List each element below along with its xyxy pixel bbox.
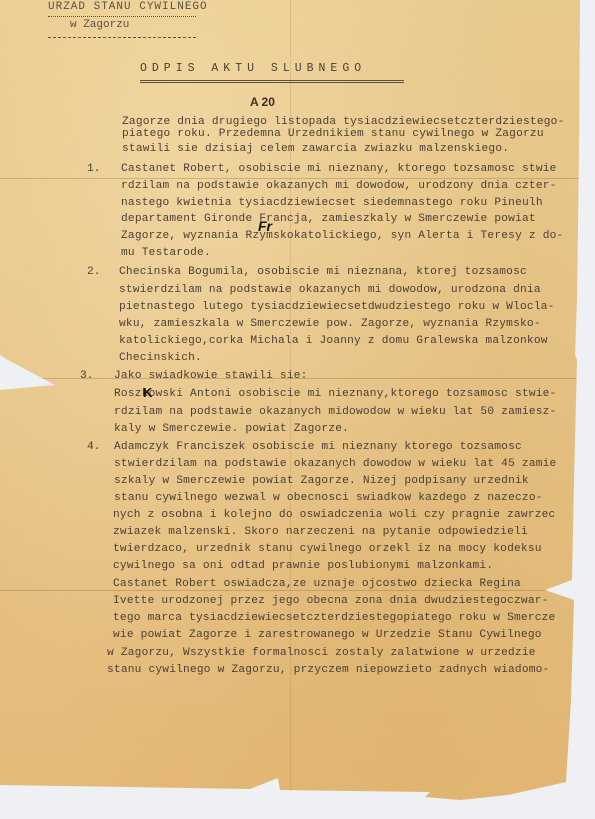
section-4-line: w Zagorzu, Wszystkie formalnosci zostaly… <box>107 647 536 659</box>
document-title: ODPIS AKTU SLUBNEGO <box>140 62 366 75</box>
section-4-line: Castanet Robert oswiadcza,ze uznaje ojco… <box>113 578 521 590</box>
intro-line: stawili sie dzisiaj celem zawarcia zwiaz… <box>122 143 509 155</box>
section-1-line: departament Gironde Francja, zamieszkaly… <box>121 213 536 225</box>
handwritten-mark: K <box>143 385 152 400</box>
title-double-rule <box>140 80 404 83</box>
section-4-line: twierdzaco, urzednik stanu cywilnego orz… <box>113 543 542 555</box>
section-2-line: Checinskich. <box>119 352 202 364</box>
section-1-line: Castanet Robert, osobiscie mi nieznany, … <box>121 163 557 175</box>
section-number: 3. <box>80 370 93 382</box>
section-4-line: stanu cywilnego wezwal w obecnosci swiad… <box>114 492 543 504</box>
intro-line: Zagorze dnia drugiego listopada tysiacdz… <box>122 116 564 128</box>
intro-line: piatego roku. Przedemna Urzednikiem stan… <box>122 128 544 140</box>
section-2-line: wku, zamieszkala w Smerczewie pow. Zagor… <box>119 318 541 330</box>
section-4-line: cywilnego sa oni odtad prawnie poslubion… <box>113 560 493 572</box>
header-dotted-rule <box>48 16 196 17</box>
office-header-line-2: w Zagorzu <box>70 19 129 31</box>
fold-crease <box>0 590 575 591</box>
section-4-line: Ivette urodzonej przez jego obecna zona … <box>113 595 549 607</box>
section-number: 4. <box>87 441 100 453</box>
document-page: URZAD STANU CYWILNEGO w Zagorzu ODPIS AK… <box>0 0 595 819</box>
section-1-line: mu Testarode. <box>121 247 211 259</box>
section-1-line: nastego kwietnia tysiacdziewiecset siede… <box>121 197 543 209</box>
office-header-line-1: URZAD STANU CYWILNEGO <box>48 1 208 13</box>
act-number: A 20 <box>250 95 275 109</box>
section-3-line: Jako swiadkowie stawili sie: <box>114 370 308 382</box>
section-number: 1. <box>87 163 100 175</box>
section-4-line: zwiazek malzenski. Skoro narzeczeni na p… <box>113 526 528 538</box>
section-4-line: wie powiat Zagorze i zarestrowanego w Ur… <box>113 629 542 641</box>
section-4-line: Adamczyk Franciszek osobiscie mi nieznan… <box>114 441 522 453</box>
section-4-line: tego marca tysiacdziewiecsetczterdzieste… <box>113 612 555 624</box>
section-2-line: stwierdzilam na podstawie okazanych mi d… <box>119 284 541 296</box>
section-2-line: Checinska Bogumila, osobiscie mi nieznan… <box>119 266 527 278</box>
section-1-line: rdzilam na podstawie okazanych mi dowodo… <box>121 180 557 192</box>
handwritten-mark: Fr <box>258 218 272 234</box>
section-3-line: kaly w Smerczewie. powiat Zagorze. <box>114 423 349 435</box>
section-4-line: szkaly w Smerczewie powiat Zagorze. Nize… <box>114 475 529 487</box>
section-3-line: Roszkowski Antoni osobiscie mi nieznany,… <box>114 388 556 400</box>
section-4-line: stwierdzilam na podstawie okazanych dowo… <box>114 458 556 470</box>
section-2-line: katolickiego,corka Michala i Joanny z do… <box>119 335 548 347</box>
section-1-line: Zagorze, wyznania Rzymskokatolickiego, s… <box>121 230 563 242</box>
section-3-line: rdzilam na podstawie okazanych midowodow… <box>114 406 556 418</box>
header-dashed-rule <box>48 37 196 38</box>
section-4-line: nych z osobna i kolejno do oswiadczenia … <box>113 509 555 521</box>
section-2-line: pietnastego lutego tysiacdziewiecsetdwud… <box>119 301 555 313</box>
section-number: 2. <box>87 266 100 278</box>
section-4-line: stanu cywilnego w Zagorzu, przyczem niep… <box>107 664 549 676</box>
